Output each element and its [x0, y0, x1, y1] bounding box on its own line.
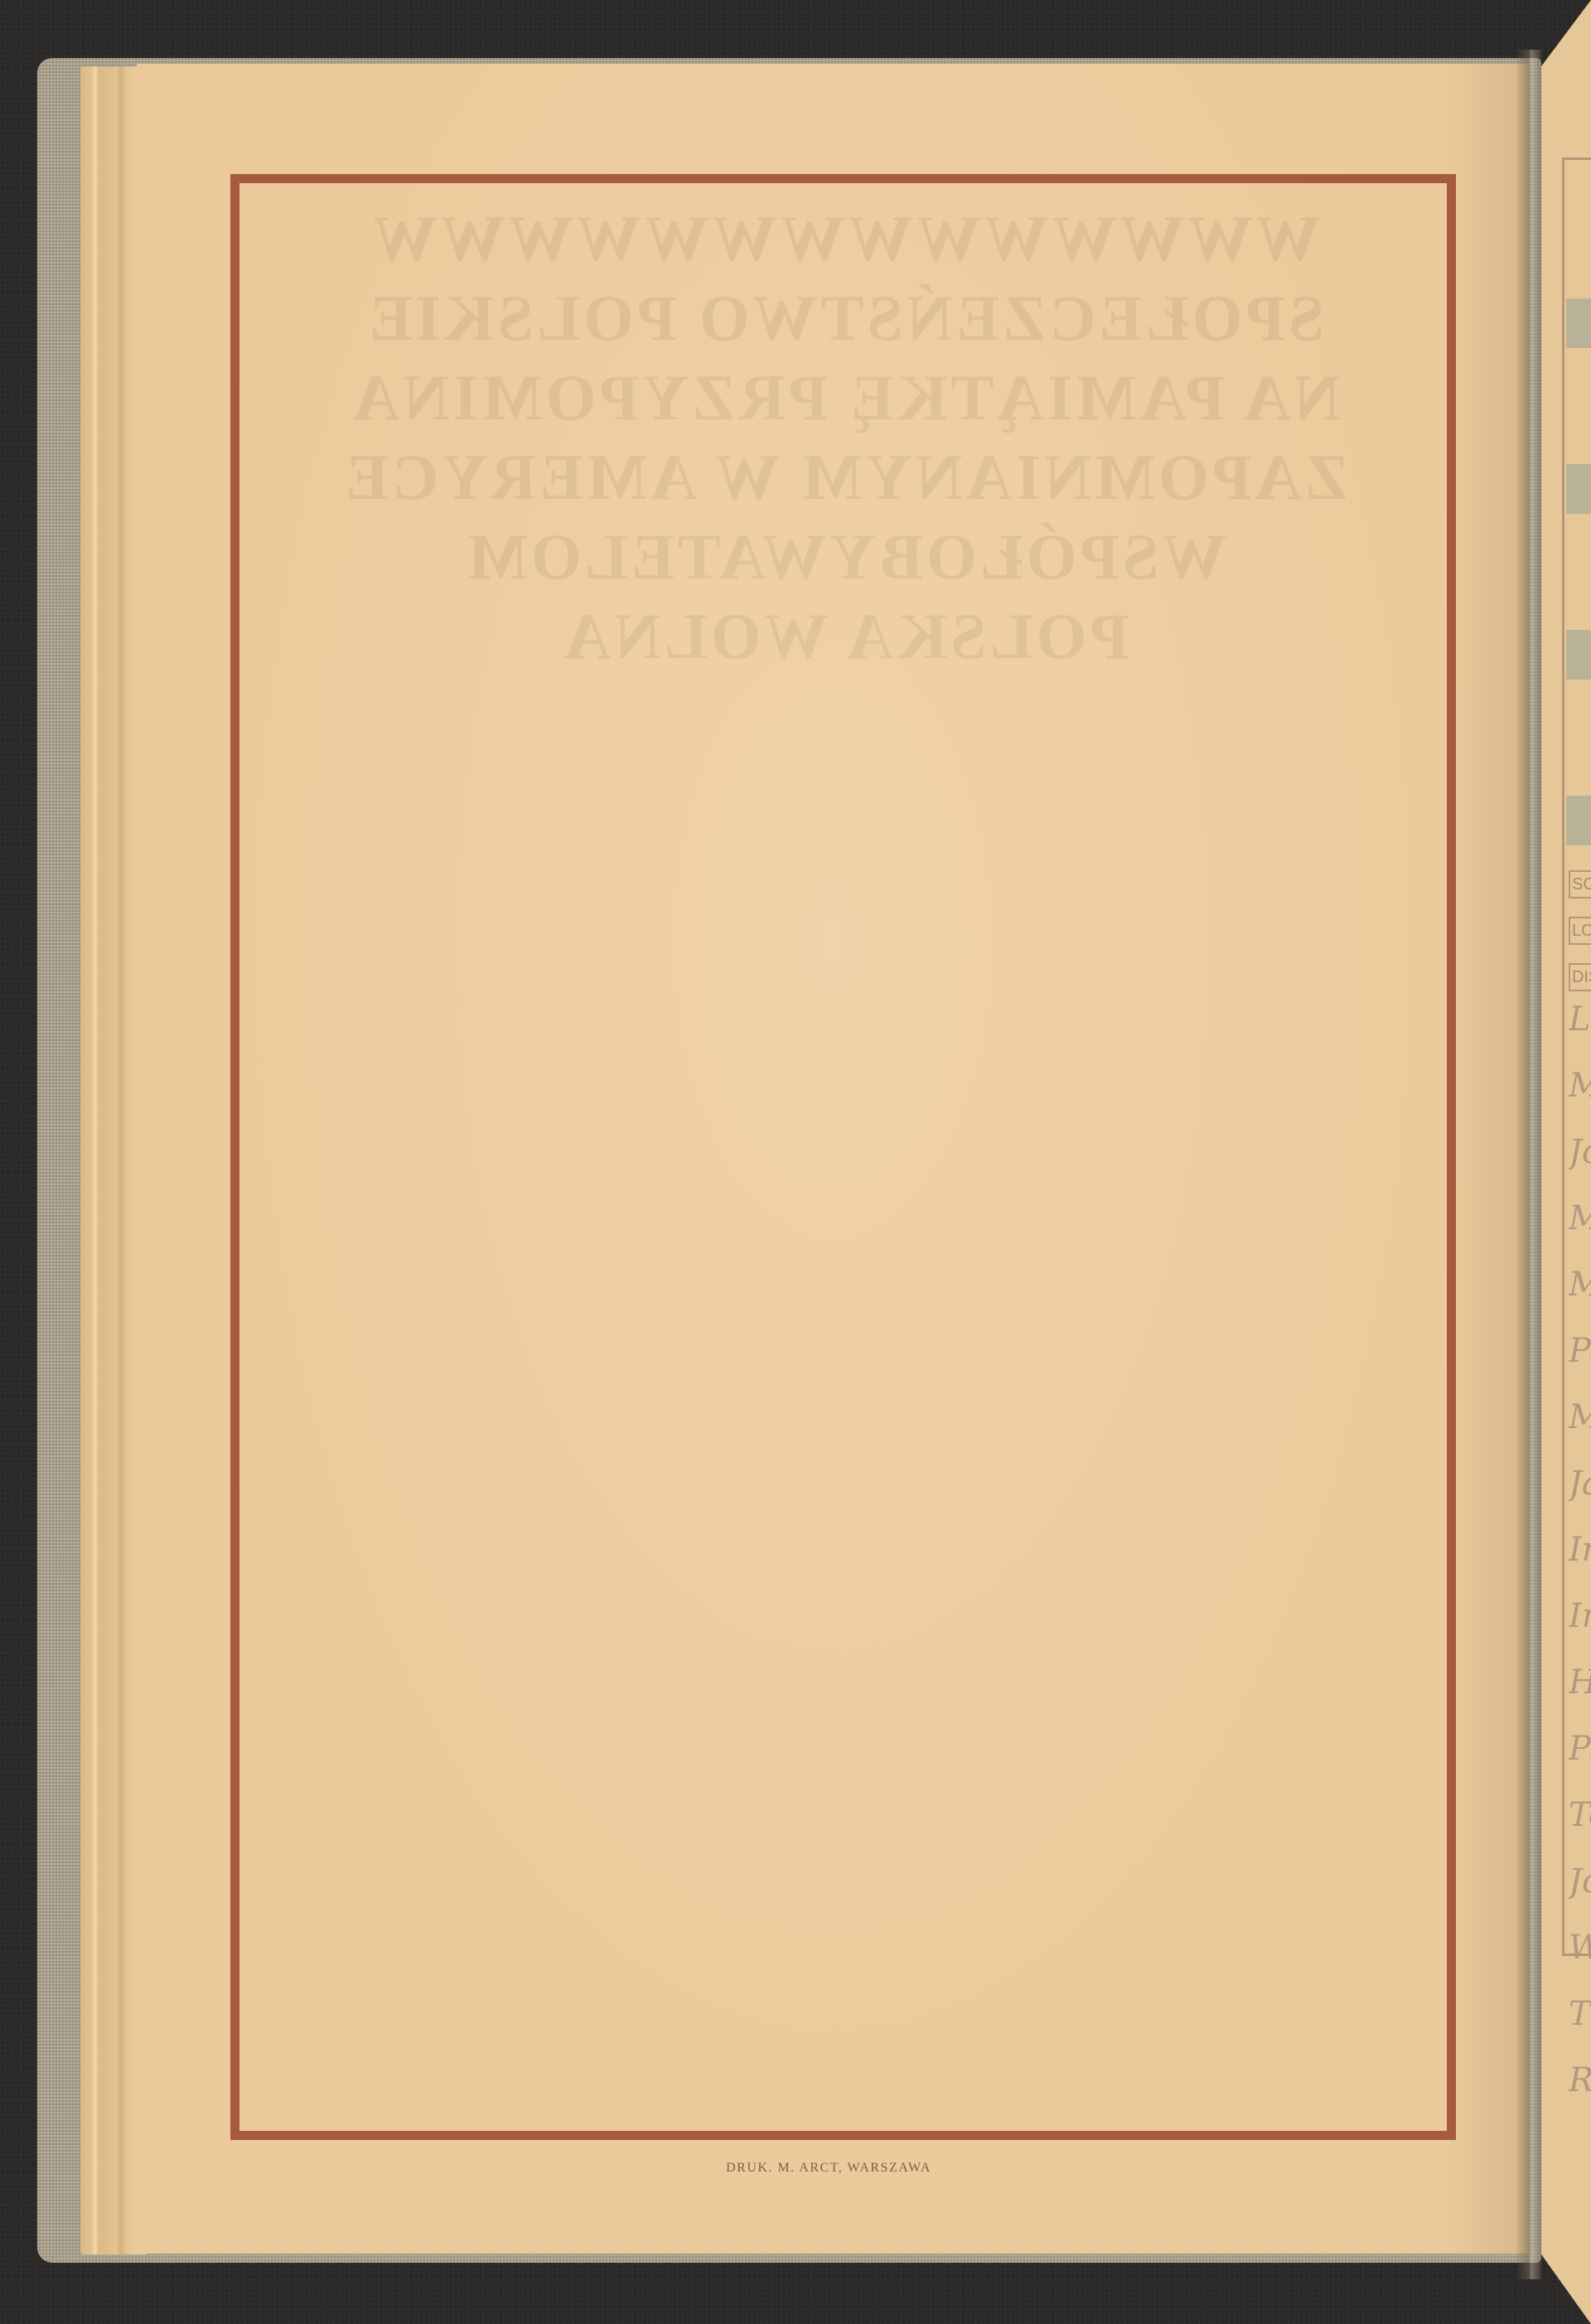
book-gutter	[1516, 50, 1541, 2279]
facing-label-school: SCHO… SZKO…	[1569, 870, 1591, 898]
facing-page-handwriting: Li Ma Jo M Mi Pa Mi Ja Ir Ir Ha Pa To Jo…	[1569, 986, 1591, 2113]
facing-label-locality: LOCA… MIEJS…	[1569, 917, 1591, 945]
facing-page-ornament-icon	[1566, 224, 1591, 903]
decorative-red-frame	[230, 174, 1456, 2140]
printer-imprint: DRUK. M. ARCT, WARSZAWA	[0, 2161, 1591, 2176]
